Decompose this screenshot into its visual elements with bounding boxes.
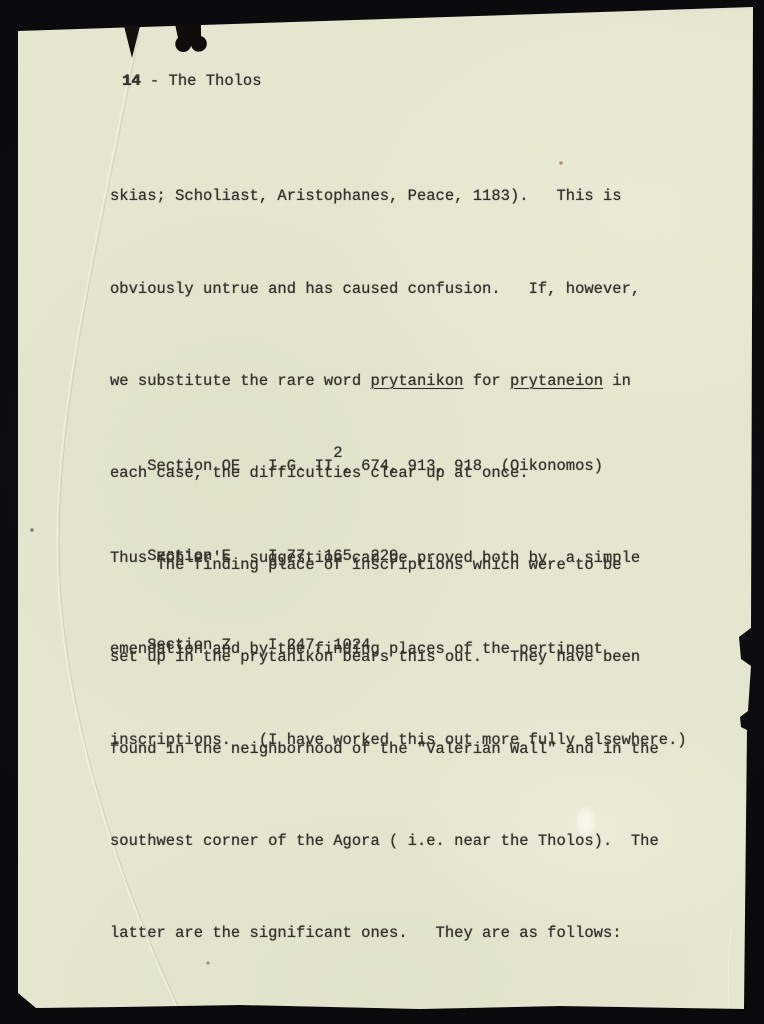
typewritten-line: Thus Köhler's suggestion can be proved b… [110, 543, 687, 573]
typewritten-line: inscriptions. (I have worked this out mo… [110, 725, 687, 755]
line-segment: we substitute the rare word [110, 372, 370, 390]
typewritten-line: southwest corner of the Agora ( i.e. nea… [110, 826, 659, 857]
scanned-document-screenshot: 14 - The Tholos skias; Scholiast, Aristo… [0, 0, 764, 1024]
line-segment: for [463, 372, 510, 390]
line-segment: in [603, 372, 631, 390]
line-segment: Section OE I.G. II [110, 457, 333, 475]
section-row-oe: Section OE I.G. II2, 674, 913, 918 (Oiko… [110, 452, 603, 482]
underlined-term-prytanikon: prytanikon [370, 372, 463, 390]
typewritten-line: obviously untrue and has caused confusio… [110, 274, 659, 305]
superscript-2: 2 [333, 444, 342, 462]
typewritten-line: latter are the significant ones. They ar… [110, 918, 659, 949]
underlined-term-prytaneion: prytaneion [510, 372, 603, 390]
typewritten-line: skias; Scholiast, Aristophanes, Peace, 1… [110, 181, 659, 212]
page-number: 14 [122, 72, 141, 90]
page-title: - The Tholos [141, 72, 262, 90]
line-segment: , 674, 913, 918 (Oikonomos) [343, 457, 603, 475]
closing-paragraph-block: Thus Köhler's suggestion can be proved b… [110, 482, 687, 816]
page-header: 14 - The Tholos [122, 70, 262, 92]
typewritten-line: emendation and by the finding places of … [110, 634, 687, 664]
